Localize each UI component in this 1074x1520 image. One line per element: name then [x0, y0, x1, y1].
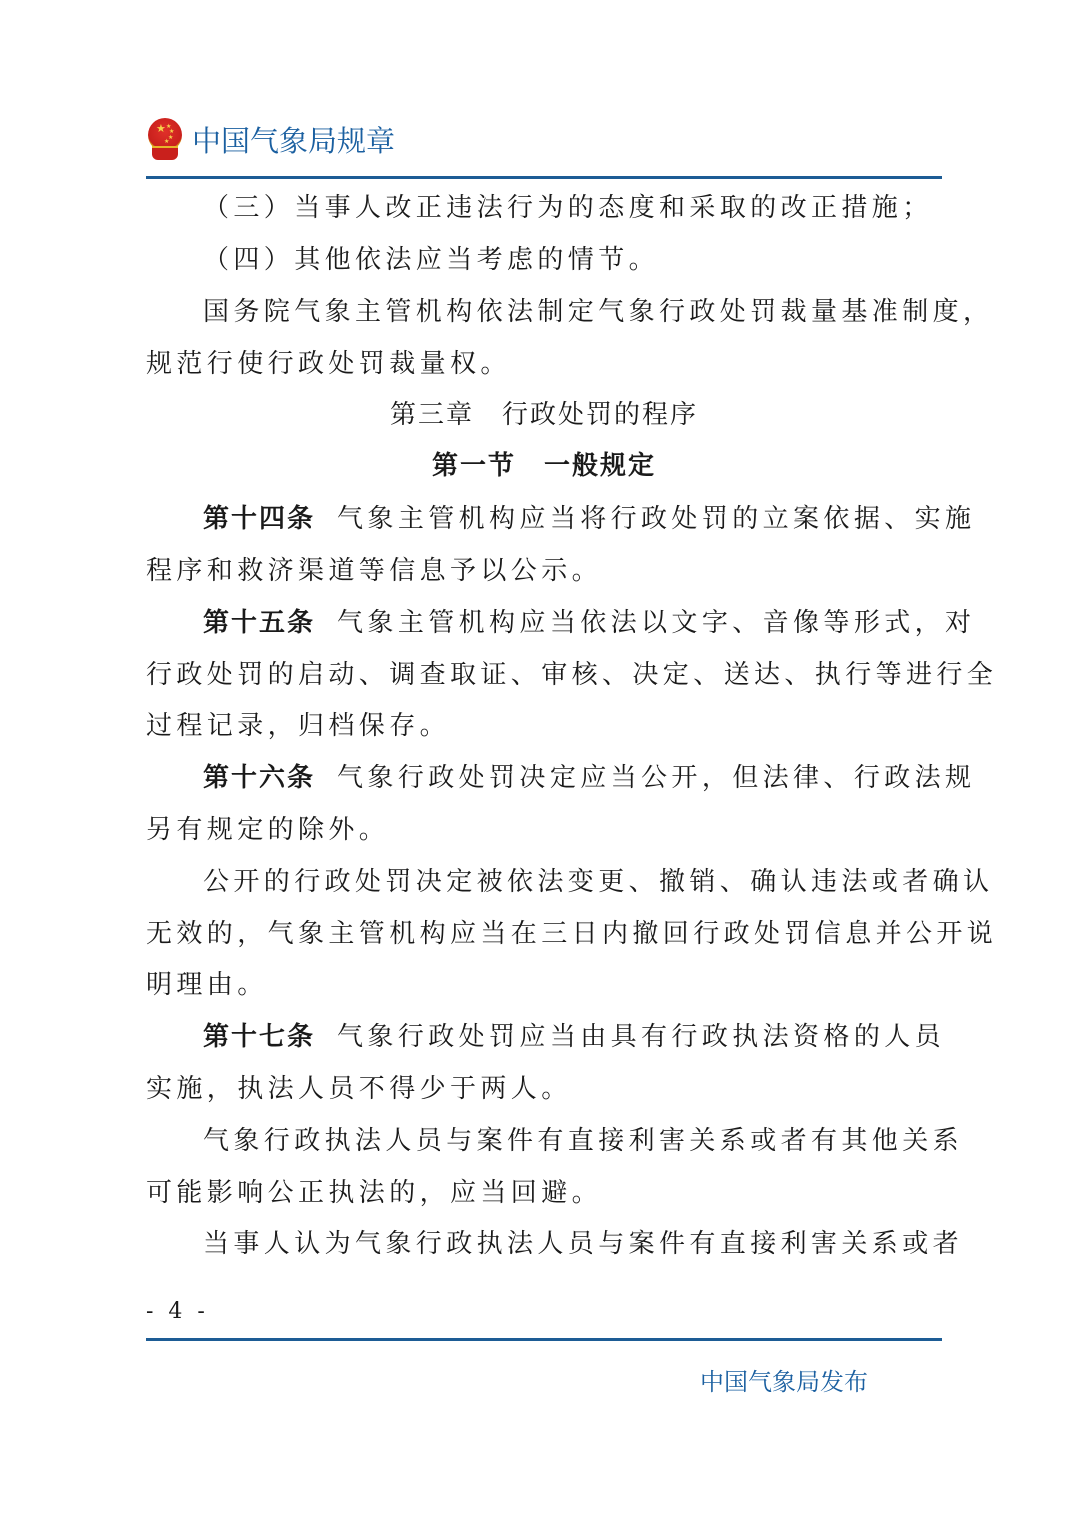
paragraph-line: 明理由。 — [146, 970, 268, 1000]
paragraph-line: 无效的，气象主管机构应当在三日内撤回行政处罚信息并公开说 — [146, 919, 997, 949]
paragraph-line: 实施，执法人员不得少于两人。 — [146, 1074, 572, 1104]
section-heading: 第一节 一般规定 — [146, 451, 942, 481]
article-label: 第十五条 — [203, 608, 315, 638]
national-emblem-icon: ★ ★ ★ ★ ★ — [146, 118, 184, 160]
paragraph-line: 公开的行政处罚决定被依法变更、撤销、确认违法或者确认 — [203, 867, 993, 897]
article-text: 气象主管机构应当依法以文字、音像等形式，对 — [337, 608, 975, 638]
article-label: 第十六条 — [203, 763, 315, 793]
page-number: - 4 - — [146, 1298, 209, 1326]
article-label: 第十七条 — [203, 1022, 315, 1052]
paragraph-line: 当事人认为气象行政执法人员与案件有直接利害关系或者 — [203, 1229, 963, 1259]
header-divider — [146, 176, 942, 179]
paragraph-line: 程序和救济渠道等信息予以公示。 — [146, 556, 602, 586]
paragraph-line: 可能影响公正执法的，应当回避。 — [146, 1178, 602, 1208]
paragraph-line: 气象行政执法人员与案件有直接利害关系或者有其他关系 — [203, 1126, 963, 1156]
article-15: 第十五条气象主管机构应当依法以文字、音像等形式，对 — [203, 608, 975, 638]
paragraph-line: 行政处罚的启动、调查取证、审核、决定、送达、执行等进行全 — [146, 660, 997, 690]
clause-4: （四）其他依法应当考虑的情节。 — [203, 245, 659, 275]
header-title: 中国气象局规章 — [192, 119, 395, 160]
footer-divider — [146, 1338, 942, 1341]
article-text: 气象主管机构应当将行政处罚的立案依据、实施 — [337, 504, 975, 534]
article-text: 气象行政处罚决定应当公开，但法律、行政法规 — [337, 763, 975, 793]
page-header: ★ ★ ★ ★ ★ 中国气象局规章 — [146, 116, 395, 162]
article-label: 第十四条 — [203, 504, 315, 534]
paragraph-line: 国务院气象主管机构依法制定气象行政处罚裁量基准制度， — [203, 297, 993, 327]
article-14: 第十四条气象主管机构应当将行政处罚的立案依据、实施 — [203, 504, 975, 534]
article-16: 第十六条气象行政处罚决定应当公开，但法律、行政法规 — [203, 763, 975, 793]
paragraph-line: 另有规定的除外。 — [146, 815, 389, 845]
chapter-heading: 第三章 行政处罚的程序 — [146, 400, 942, 430]
paragraph-line: 过程记录，归档保存。 — [146, 711, 450, 741]
footer-publisher: 中国气象局发布 — [700, 1362, 868, 1397]
article-text: 气象行政处罚应当由具有行政执法资格的人员 — [337, 1022, 945, 1052]
paragraph-line: 规范行使行政处罚裁量权。 — [146, 349, 511, 379]
article-17: 第十七条气象行政处罚应当由具有行政执法资格的人员 — [203, 1022, 945, 1052]
clause-3: （三）当事人改正违法行为的态度和采取的改正措施； — [203, 193, 933, 223]
